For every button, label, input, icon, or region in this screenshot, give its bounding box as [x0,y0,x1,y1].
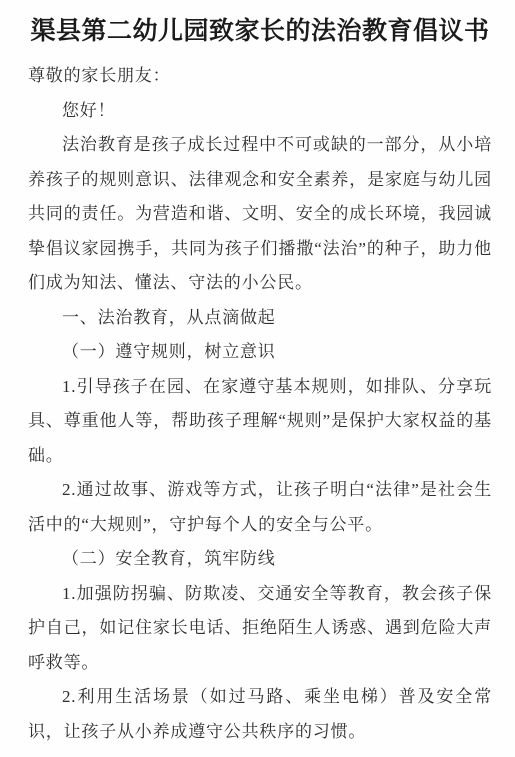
document-page: 渠县第二幼儿园致家长的法治教育倡议书 尊敬的家长朋友： 您好！ 法治教育是孩子成… [0,0,515,757]
document-body: 尊敬的家长朋友： 您好！ 法治教育是孩子成长过程中不可或缺的一部分，从小培养孩子… [28,59,492,749]
subsection-heading-1-1: （一）遵守规则，树立意识 [28,335,492,370]
subsection-heading-1-2: （二）安全教育，筑牢防线 [28,542,492,577]
paragraph-rule-item-2: 2.通过故事、游戏等方式，让孩子明白“法律”是社会生活中的“大规则”，守护每个人… [28,473,492,542]
section-heading-1: 一、法治教育，从点滴做起 [28,301,492,336]
paragraph-safety-item-2: 2.利用生活场景（如过马路、乘坐电梯）普及安全常识，让孩子从小养成遵守公共秩序的… [28,680,492,749]
paragraph-safety-item-1: 1.加强防拐骗、防欺凌、交通安全等教育，教会孩子保护自己，如记住家长电话、拒绝陌… [28,577,492,681]
salutation-line: 尊敬的家长朋友： [28,59,492,94]
paragraph-intro: 法治教育是孩子成长过程中不可或缺的一部分，从小培养孩子的规则意识、法律观念和安全… [28,128,492,301]
document-title: 渠县第二幼儿园致家长的法治教育倡议书 [28,12,492,52]
greeting-line: 您好！ [28,94,492,129]
paragraph-rule-item-1: 1.引导孩子在园、在家遵守基本规则，如排队、分享玩具、尊重他人等，帮助孩子理解“… [28,370,492,474]
